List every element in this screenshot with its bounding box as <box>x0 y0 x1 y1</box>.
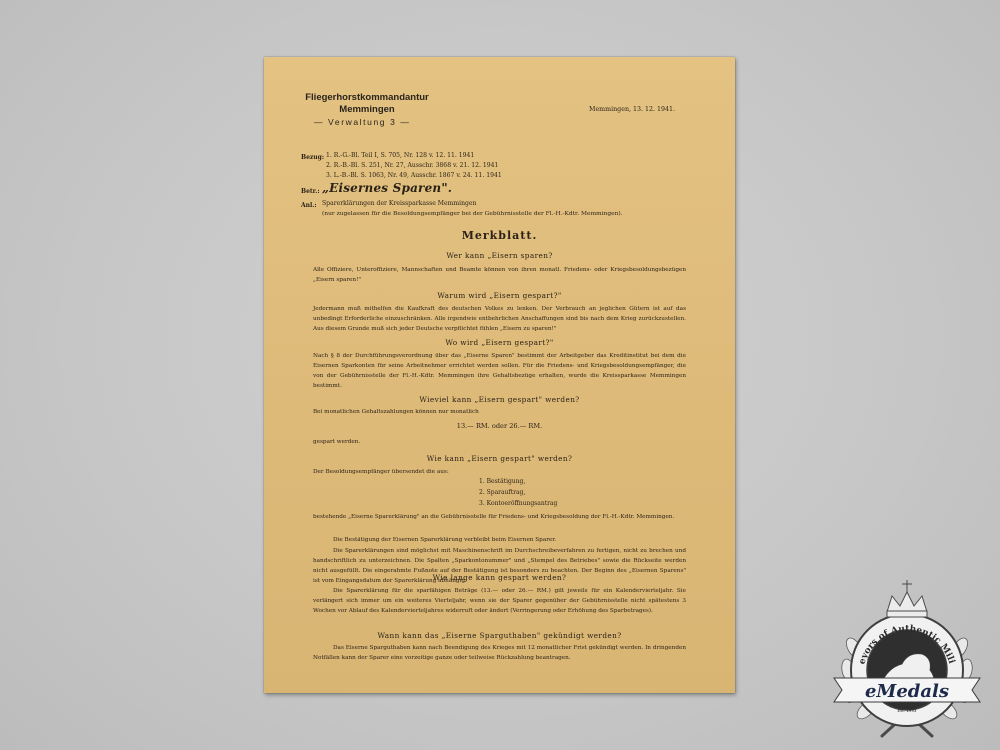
document-date: Memmingen, 13. 12. 1941. <box>589 106 675 113</box>
letterhead-department: — Verwaltung 3 — <box>314 117 434 127</box>
section-paragraph: Das Eiserne Sparguthaben kann nach Beend… <box>313 643 686 663</box>
established-text: Est. 1993 <box>898 708 917 713</box>
section-paragraph: Alle Offiziere, Unteroffiziere, Mannscha… <box>313 265 686 285</box>
section-paragraph: bestehende „Eiserne Sparerklärung" an di… <box>313 512 686 522</box>
bezug-label: Bezug: <box>301 154 324 161</box>
section-paragraph: Die Bestätigung der Eisernen Sparerkläru… <box>313 535 686 545</box>
savings-amounts: 13.— RM. oder 26.— RM. <box>264 422 735 430</box>
bezug-ref-3: 3. L.-B.-Bl. S. 1063, Nr. 49, Ausschr. 1… <box>326 171 502 181</box>
section-heading: Wo wird „Eisern gespart?" <box>264 338 735 347</box>
section-paragraph: Die Sparerklärung für die sparfähigen Be… <box>313 586 686 616</box>
section-outro: gespart werden. <box>313 437 686 447</box>
list-item: 1. Bestätigung, <box>479 478 525 485</box>
bezug-ref-2: 2. R.-B.-Bl. S. 251, Nr. 27, Ausschr. 38… <box>326 161 498 171</box>
betr-label: Betr.: <box>301 188 320 195</box>
section-heading: Wann kann das „Eiserne Sparguthaben" gek… <box>264 631 735 640</box>
letterhead-office: Fliegerhorstkommandantur <box>302 92 432 103</box>
section-heading: Wieviel kann „Eisern gespart" werden? <box>264 395 735 404</box>
section-heading: Warum wird „Eisern gespart?" <box>264 291 735 300</box>
section-paragraph: Nach § 8 der Durchführungsverordnung übe… <box>313 351 686 391</box>
anl-line-1: Sparerklärungen der Kreissparkasse Memmi… <box>322 199 476 209</box>
section-heading: Wer kann „Eisern sparen? <box>264 251 735 260</box>
section-intro: Bei monatlichen Gehaltszahlungen können … <box>313 407 686 417</box>
emedals-badge-icon: Purveyors of Authentic Militaria eMedals… <box>832 578 982 743</box>
anl-label: Anl.: <box>301 202 317 209</box>
section-paragraph: Jedermann muß mithelfen die Kaufkraft de… <box>313 304 686 334</box>
section-heading: Wie lange kann gespart werden? <box>264 573 735 582</box>
document-page: Fliegerhorstkommandantur Memmingen — Ver… <box>264 57 735 693</box>
bezug-ref-1: 1. R.-G.-Bl. Teil I, S. 705, Nr. 128 v. … <box>326 151 474 161</box>
list-item: 3. Kontoeröffnungsantrag <box>479 500 557 507</box>
anl-line-2: (nur zugelassen für die Besoldungsempfän… <box>322 209 623 219</box>
section-intro: Der Besoldungsempfänger übersendet die a… <box>313 467 686 477</box>
document-title: Merkblatt. <box>264 229 735 242</box>
section-heading: Wie kann „Eisern gespart" werden? <box>264 454 735 463</box>
emedals-logo: Purveyors of Authentic Militaria eMedals… <box>832 578 982 743</box>
brand-name: eMedals <box>865 681 949 702</box>
list-item: 2. Sparauftrag, <box>479 489 525 496</box>
letterhead-city: Memmingen <box>302 104 432 115</box>
subject-title: „Eisernes Sparen". <box>322 181 452 195</box>
